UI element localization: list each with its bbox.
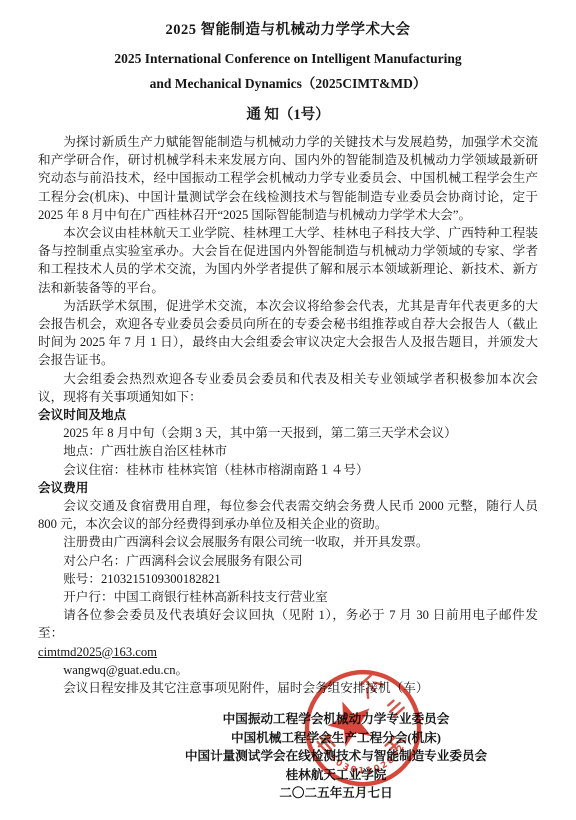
signature-org-4: 桂林航天工业学院 (134, 766, 538, 785)
email-link-wangwq[interactable]: wangwq@guat.edu.cn。 (63, 663, 188, 677)
intro-paragraph-4: 大会组委会热烈欢迎各专业委员会委员和代表及相关专业领域学者积极参加本次会议，现将… (38, 370, 538, 406)
signature-date: 二〇二五年五月七日 (134, 784, 538, 803)
notice-document: 2025 智能制造与机械动力学学术大会 2025 International C… (0, 0, 576, 803)
notice-body: 为探讨新质生产力赋能智能制造与机械动力学的关键技术与发展趋势，加强学术交流和产学… (38, 133, 538, 697)
fees-bank-line: 开户行：中国工商银行桂林高新科技支行营业室 (38, 588, 538, 606)
fees-paragraph-1: 会议交通及食宿费用自理，每位参会代表需交纳会务费人民币 2000 元整，随行人员… (38, 497, 538, 533)
signature-org-3: 中国计量测试学会在线检测技术与智能制造专业委员会 (134, 747, 538, 766)
signature-block: 中国振动工程学会机械动力学专业委员会 中国机械工程学会生产工程分会(机床) 中国… (38, 710, 538, 803)
section-heading-fees: 会议费用 (38, 479, 538, 497)
conference-title-en-line1: 2025 International Conference on Intelli… (38, 46, 538, 71)
email-link-cimtmd[interactable]: cimtmd2025@163.com (38, 645, 157, 659)
fees-account-number-line: 账号：2103215109300182821 (38, 570, 538, 588)
schedule-note-line: 会议日程安排及其它注意事项见附件，届时会务组安排接机（车） (38, 679, 538, 697)
reply-instruction-line: 请各位参会委员及代表填好会议回执（见附 1），务必于 7 月 30 日前用电子邮… (38, 606, 538, 642)
intro-paragraph-3: 为活跃学术氛围，促进学术交流，本次会议将给参会代表，尤其是青年代表更多的大会报告… (38, 297, 538, 370)
intro-paragraph-2: 本次会议由桂林航天工业学院、桂林理工大学、桂林电子科技大学、广西特种工程装备与控… (38, 224, 538, 297)
section-heading-time-place: 会议时间及地点 (38, 406, 538, 424)
email-line-2: wangwq@guat.edu.cn。 (38, 661, 538, 679)
intro-paragraph-1: 为探讨新质生产力赋能智能制造与机械动力学的关键技术与发展趋势，加强学术交流和产学… (38, 133, 538, 224)
email-line-1: cimtmd2025@163.com (38, 643, 538, 661)
fees-account-name-line: 对公户名：广西漓科会议会展服务有限公司 (38, 552, 538, 570)
venue-hotel-line: 会议住宿：桂林市 桂林宾馆（桂林市榕湖南路１４号） (38, 461, 538, 479)
conference-title-en-line2: and Mechanical Dynamics（2025CIMT&MD） (38, 71, 538, 96)
notice-number-heading: 通 知（1号） (38, 103, 538, 124)
signature-org-2: 中国机械工程学会生产工程分会(机床) (134, 729, 538, 748)
signature-org-1: 中国振动工程学会机械动力学专业委员会 (134, 710, 538, 729)
conference-title-cn: 2025 智能制造与机械动力学学术大会 (38, 18, 538, 39)
venue-location-line: 地点：广西壮族自治区桂林市 (38, 442, 538, 460)
fees-paragraph-2: 注册费由广西漓科会议会展服务有限公司统一收取，并开具发票。 (38, 533, 538, 551)
venue-date-line: 2025 年 8 月中旬（会期 3 天，其中第一天报到，第二第三天学术会议） (38, 424, 538, 442)
